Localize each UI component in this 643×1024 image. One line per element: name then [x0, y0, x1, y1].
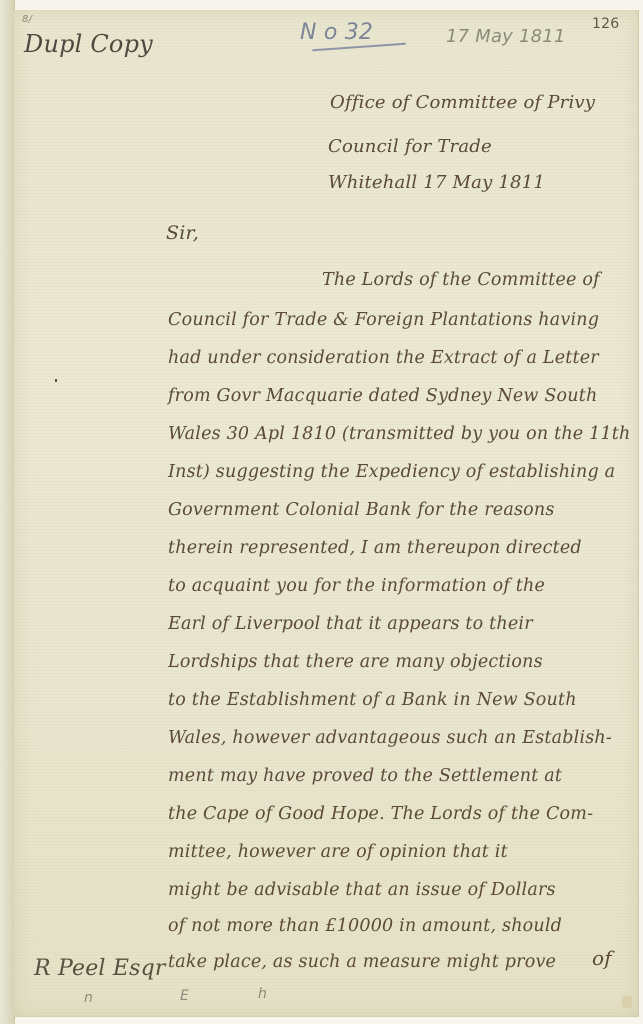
heading-line-3-place-date: Whitehall 17 May 1811	[328, 172, 545, 193]
body-line: of not more than £10000 in amount, shoul…	[168, 916, 562, 936]
corner-fold	[622, 996, 632, 1008]
body-line: Inst) suggesting the Expediency of estab…	[168, 462, 615, 482]
body-line: The Lords of the Committee of	[322, 270, 600, 290]
margin-mark-small: 8/	[22, 14, 32, 25]
body-line: Wales 30 Apl 1810 (transmitted by you on…	[168, 424, 630, 444]
addressee: R Peel Esqr	[34, 956, 166, 981]
body-line: take place, as such a measure might prov…	[168, 952, 556, 972]
body-line: had under consideration the Extract of a…	[168, 348, 599, 368]
binding-edge	[0, 0, 15, 1024]
scanned-page: 8/ Dupl Copy N o 32 17 May 1811 126 Offi…	[0, 0, 643, 1024]
bottom-mark: h	[258, 986, 267, 1002]
body-line: from Govr Macquarie dated Sydney New Sou…	[168, 386, 597, 406]
heading-line-1: Office of Committee of Privy	[330, 92, 595, 113]
body-line: Lordships that there are many objections	[168, 652, 543, 672]
body-line: the Cape of Good Hope. The Lords of the …	[168, 804, 593, 824]
body-line: therein represented, I am thereupon dire…	[168, 538, 582, 558]
ink-speck	[55, 379, 57, 382]
body-line: might be advisable that an issue of Doll…	[168, 880, 556, 900]
body-line: Earl of Liverpool that it appears to the…	[168, 614, 533, 634]
docket-date: 17 May 1811	[446, 26, 566, 47]
duplicate-copy-note: Dupl Copy	[24, 30, 153, 58]
bottom-mark: n	[84, 990, 93, 1006]
body-line: to acquaint you for the information of t…	[168, 576, 545, 596]
catchword: of	[592, 946, 612, 970]
body-line: Wales, however advantageous such an Esta…	[168, 728, 612, 748]
heading-line-2: Council for Trade	[328, 136, 492, 157]
body-line: ment may have proved to the Settlement a…	[168, 766, 562, 786]
salutation: Sir,	[166, 222, 199, 244]
body-line: Council for Trade & Foreign Plantations …	[168, 310, 599, 330]
folio-number: 126	[592, 16, 619, 32]
bottom-mark: E	[180, 988, 189, 1004]
archive-reference: N o 32	[300, 20, 373, 45]
body-line: Government Colonial Bank for the reasons	[168, 500, 555, 520]
body-line: to the Establishment of a Bank in New So…	[168, 690, 577, 710]
body-line: mittee, however are of opinion that it	[168, 842, 508, 862]
